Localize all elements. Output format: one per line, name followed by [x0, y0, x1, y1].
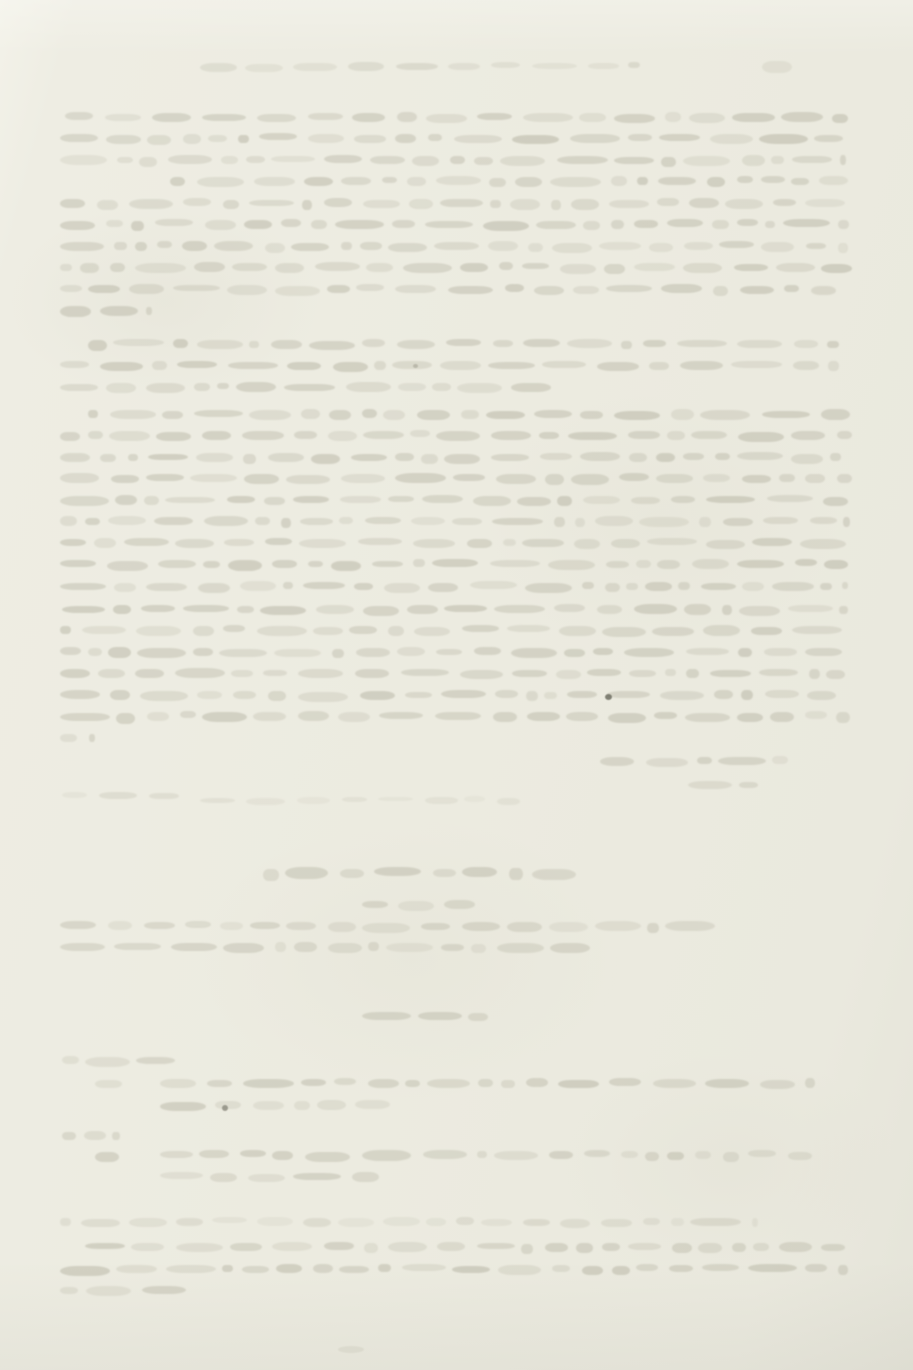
word-blob [88, 431, 103, 439]
word-blob [488, 241, 518, 251]
word-blob [441, 690, 486, 698]
word-blob [97, 200, 118, 210]
word-blob [356, 648, 390, 657]
word-blob [224, 539, 254, 546]
word-blob [149, 793, 179, 800]
word-blob [532, 869, 576, 880]
word-blob [759, 669, 798, 676]
word-blob [397, 340, 435, 348]
word-blob [274, 649, 321, 658]
word-blob [811, 286, 836, 295]
bibliography-line [160, 1173, 388, 1182]
word-blob [614, 114, 655, 123]
word-blob [556, 670, 581, 680]
word-blob [421, 923, 450, 930]
word-blob [243, 454, 256, 464]
word-blob [135, 669, 164, 679]
word-blob [197, 177, 244, 187]
word-blob [748, 1264, 797, 1271]
word-blob [402, 1264, 446, 1271]
word-blob [303, 1218, 331, 1226]
word-blob [512, 135, 559, 144]
word-blob [828, 361, 839, 371]
signature-line [600, 757, 788, 765]
word-blob [303, 582, 345, 589]
word-blob [355, 669, 389, 679]
word-blob [257, 626, 307, 635]
word-blob [146, 383, 185, 393]
word-blob [275, 286, 320, 296]
word-blob [214, 241, 253, 250]
word-blob [197, 340, 243, 350]
paragraph-3-line [60, 560, 848, 569]
word-blob [582, 582, 594, 589]
word-blob [471, 944, 486, 954]
word-blob [788, 1152, 812, 1160]
paragraph-3-line [60, 517, 850, 526]
word-blob [467, 539, 492, 549]
word-blob [558, 1080, 599, 1089]
word-blob [294, 431, 317, 439]
word-blob [446, 339, 481, 346]
word-blob [405, 692, 432, 699]
word-blob [719, 241, 754, 248]
word-blob [329, 410, 351, 420]
word-blob [434, 242, 479, 250]
entry-number [95, 1151, 128, 1160]
word-blob [124, 538, 169, 546]
word-blob [230, 1243, 262, 1252]
word-blob [607, 691, 650, 698]
word-blob [684, 242, 713, 250]
word-blob [223, 943, 264, 953]
word-blob [636, 1264, 658, 1271]
word-blob [88, 285, 120, 293]
word-blob [791, 431, 825, 440]
word-blob [360, 242, 382, 250]
word-blob [772, 756, 788, 764]
word-blob [444, 900, 475, 909]
word-blob [659, 134, 700, 141]
word-blob [580, 452, 620, 461]
word-blob [308, 561, 323, 568]
word-blob [281, 518, 291, 528]
word-blob [595, 516, 633, 526]
word-blob [403, 263, 452, 273]
word-blob [106, 135, 141, 144]
word-blob [450, 156, 465, 164]
word-blob [147, 135, 171, 145]
word-blob [742, 582, 764, 591]
word-blob [228, 560, 262, 570]
word-blob [370, 156, 405, 164]
word-blob [412, 156, 439, 166]
word-blob [308, 134, 344, 143]
paragraph-1-line [60, 307, 152, 316]
word-blob [139, 157, 157, 167]
word-blob [162, 411, 183, 419]
word-blob [779, 1242, 812, 1252]
word-blob [372, 561, 403, 568]
word-blob [398, 901, 434, 911]
paragraph-3-line [60, 453, 848, 462]
word-blob [86, 1286, 131, 1295]
word-blob [294, 942, 317, 952]
word-blob [805, 474, 825, 484]
word-blob [500, 156, 545, 166]
word-blob [210, 1173, 237, 1182]
bibliography-heading [362, 1012, 488, 1021]
word-blob [327, 285, 350, 293]
word-blob [116, 713, 135, 724]
word-blob [806, 243, 826, 250]
word-blob [60, 453, 90, 462]
word-blob [176, 1243, 223, 1251]
word-blob [667, 1152, 684, 1161]
closing-paragraph-line [60, 1265, 848, 1274]
ink-speck [413, 364, 418, 368]
word-blob [338, 712, 370, 722]
word-blob [299, 539, 346, 548]
word-blob [665, 669, 676, 677]
word-blob [362, 409, 377, 418]
word-blob [587, 669, 621, 677]
word-blob [316, 605, 354, 614]
word-blob [183, 198, 211, 206]
word-blob [88, 410, 98, 419]
word-blob [559, 626, 596, 636]
word-blob [507, 922, 542, 932]
word-blob [579, 113, 606, 123]
word-blob [173, 339, 188, 348]
word-blob [382, 177, 397, 184]
word-blob [672, 1243, 692, 1253]
word-blob [621, 341, 632, 350]
word-blob [283, 582, 293, 589]
word-blob [512, 670, 547, 677]
word-blob [468, 1013, 488, 1021]
word-blob [60, 384, 98, 392]
word-blob [609, 200, 649, 208]
closing-paragraph-line [85, 1243, 845, 1252]
word-blob [643, 1218, 660, 1226]
word-blob [448, 63, 480, 70]
paragraph-2-line [88, 340, 848, 349]
word-blob [155, 219, 193, 226]
bibliography-line [160, 1079, 815, 1088]
word-blob [158, 560, 196, 568]
word-blob [271, 340, 302, 349]
word-blob [146, 307, 152, 315]
word-blob [501, 1080, 515, 1089]
word-blob [208, 135, 227, 142]
word-blob [762, 61, 792, 73]
word-blob [629, 670, 656, 677]
word-blob [464, 796, 485, 802]
word-blob [821, 1244, 845, 1252]
word-blob [255, 517, 270, 525]
word-blob [784, 285, 799, 293]
word-blob [358, 538, 402, 545]
word-blob [738, 432, 784, 442]
word-blob [437, 1242, 465, 1251]
word-blob [515, 177, 542, 187]
word-blob [82, 626, 126, 634]
ink-speck [222, 1105, 228, 1111]
word-blob [85, 1243, 125, 1250]
word-blob [81, 1219, 120, 1228]
word-blob [60, 626, 71, 634]
word-blob [821, 409, 850, 419]
word-blob [160, 1102, 206, 1112]
word-blob [166, 1265, 216, 1273]
word-blob [423, 1150, 467, 1159]
word-blob [444, 605, 487, 612]
word-blob [129, 1218, 167, 1227]
word-blob [654, 712, 677, 720]
word-blob [110, 263, 125, 272]
paragraph-4-line [62, 605, 848, 614]
word-blob [311, 454, 340, 464]
word-blob [653, 1079, 696, 1088]
paragraph-1-line [60, 199, 846, 208]
word-blob [141, 605, 175, 612]
word-blob [196, 453, 233, 463]
word-blob [692, 559, 729, 569]
word-blob [363, 606, 399, 616]
word-blob [606, 285, 652, 292]
word-blob [60, 361, 89, 368]
word-blob [792, 626, 842, 634]
word-blob [362, 339, 385, 346]
word-blob [604, 264, 625, 274]
word-blob [462, 867, 497, 877]
word-blob [695, 1151, 711, 1159]
word-blob [352, 1172, 379, 1182]
word-blob [374, 361, 386, 370]
word-blob [545, 1243, 568, 1252]
word-blob [781, 112, 823, 121]
word-blob [193, 626, 214, 636]
word-blob [683, 453, 704, 460]
word-blob [223, 200, 239, 209]
word-blob [212, 1217, 247, 1223]
word-blob [60, 134, 98, 142]
word-blob [190, 474, 237, 482]
word-blob [609, 1078, 641, 1086]
word-blob [710, 134, 753, 144]
word-blob [106, 220, 123, 227]
word-blob [737, 176, 753, 183]
word-blob [131, 1243, 164, 1251]
word-blob [114, 583, 136, 592]
word-blob [740, 286, 774, 294]
word-blob [197, 691, 222, 699]
word-blob [203, 561, 220, 568]
word-blob [204, 516, 248, 525]
word-blob [341, 177, 371, 185]
word-blob [160, 1079, 196, 1089]
word-blob [554, 517, 565, 527]
word-blob [410, 430, 430, 437]
word-blob [493, 340, 513, 347]
word-blob [297, 797, 330, 804]
word-blob [433, 869, 456, 877]
word-blob [761, 242, 794, 253]
word-blob [342, 797, 367, 802]
word-blob [378, 1264, 391, 1272]
word-blob [656, 474, 693, 483]
word-blob [832, 114, 848, 123]
word-blob [317, 1100, 346, 1110]
word-blob [128, 454, 138, 461]
word-blob [60, 539, 86, 546]
word-blob [614, 411, 660, 420]
word-blob [366, 263, 393, 272]
word-blob [249, 200, 294, 207]
word-blob [792, 156, 832, 164]
word-blob [246, 798, 285, 805]
word-blob [576, 1243, 593, 1253]
word-blob [836, 712, 850, 722]
word-blob [697, 757, 712, 765]
word-blob [551, 200, 561, 210]
word-blob [60, 516, 77, 526]
word-blob [805, 1264, 827, 1272]
word-blob [840, 155, 846, 165]
word-blob [106, 383, 136, 393]
word-blob [356, 284, 384, 291]
word-blob [85, 518, 100, 526]
word-blob [259, 133, 297, 140]
word-blob [810, 517, 837, 524]
paragraph-3-line [60, 582, 848, 591]
word-blob [346, 382, 391, 392]
word-blob [452, 1266, 490, 1273]
word-blob [688, 781, 732, 788]
word-blob [752, 538, 792, 546]
word-blob [293, 63, 337, 72]
word-blob [645, 582, 672, 591]
word-blob [706, 496, 755, 503]
paragraph-1-line [60, 242, 848, 251]
word-blob [146, 583, 187, 591]
word-blob [827, 341, 839, 349]
word-blob [263, 670, 287, 677]
word-blob [107, 561, 148, 571]
word-blob [60, 734, 77, 742]
word-blob [286, 475, 330, 484]
word-blob [793, 361, 819, 370]
word-blob [545, 474, 564, 485]
word-blob [60, 285, 82, 292]
word-blob [152, 113, 191, 122]
word-blob [734, 264, 768, 271]
word-blob [658, 177, 696, 185]
word-blob [791, 454, 823, 464]
word-blob [765, 221, 775, 228]
word-blob [621, 1151, 638, 1158]
word-blob [628, 62, 640, 68]
word-blob [819, 176, 848, 185]
word-blob [706, 540, 745, 549]
word-blob [254, 177, 295, 187]
word-blob [217, 383, 229, 390]
word-blob [160, 1172, 203, 1179]
word-blob [60, 690, 100, 698]
word-blob [718, 757, 766, 765]
running-header-line [200, 63, 640, 71]
word-blob [109, 431, 150, 441]
word-blob [737, 452, 783, 460]
word-blob [454, 135, 502, 143]
paragraph-1-line [170, 177, 848, 186]
word-blob [232, 263, 267, 271]
word-blob [315, 262, 360, 271]
word-blob [583, 496, 620, 504]
word-blob [388, 626, 404, 636]
word-blob [360, 691, 395, 700]
word-blob [300, 518, 333, 525]
word-blob [570, 134, 620, 143]
word-blob [157, 241, 172, 248]
section-title-line [60, 943, 590, 952]
word-blob [748, 1150, 776, 1157]
word-blob [805, 648, 842, 656]
word-blob [497, 943, 544, 953]
word-blob [498, 1265, 541, 1276]
word-blob [838, 220, 849, 229]
word-blob [702, 1264, 739, 1271]
word-blob [691, 431, 727, 440]
word-blob [646, 758, 688, 767]
word-blob [388, 1242, 427, 1252]
word-blob [713, 286, 728, 296]
word-blob [148, 454, 188, 461]
word-blob [473, 496, 511, 506]
word-blob [783, 219, 830, 227]
word-blob [425, 797, 458, 804]
word-blob [349, 626, 377, 634]
bibliography-line [62, 1057, 175, 1065]
word-blob [698, 1243, 722, 1253]
word-blob [422, 495, 463, 503]
word-blob [301, 1079, 326, 1086]
word-blob [152, 361, 167, 371]
word-blob [240, 581, 276, 591]
word-blob [611, 176, 627, 185]
stray-marks-line [62, 792, 180, 799]
word-blob [597, 605, 622, 614]
word-blob [657, 198, 679, 206]
word-blob [175, 668, 225, 678]
word-blob [220, 922, 243, 930]
word-blob [528, 243, 543, 252]
word-blob [494, 1151, 538, 1160]
word-blob [525, 583, 572, 593]
word-blob [200, 798, 235, 803]
closing-paragraph-line [60, 1287, 190, 1296]
paragraph-3-line [60, 496, 848, 505]
word-blob [534, 410, 572, 417]
word-blob [244, 220, 272, 229]
word-blob [647, 923, 659, 933]
word-blob [629, 453, 647, 462]
word-blob [108, 921, 132, 930]
word-blob [398, 383, 426, 391]
word-blob [100, 362, 143, 372]
word-blob [271, 156, 315, 163]
